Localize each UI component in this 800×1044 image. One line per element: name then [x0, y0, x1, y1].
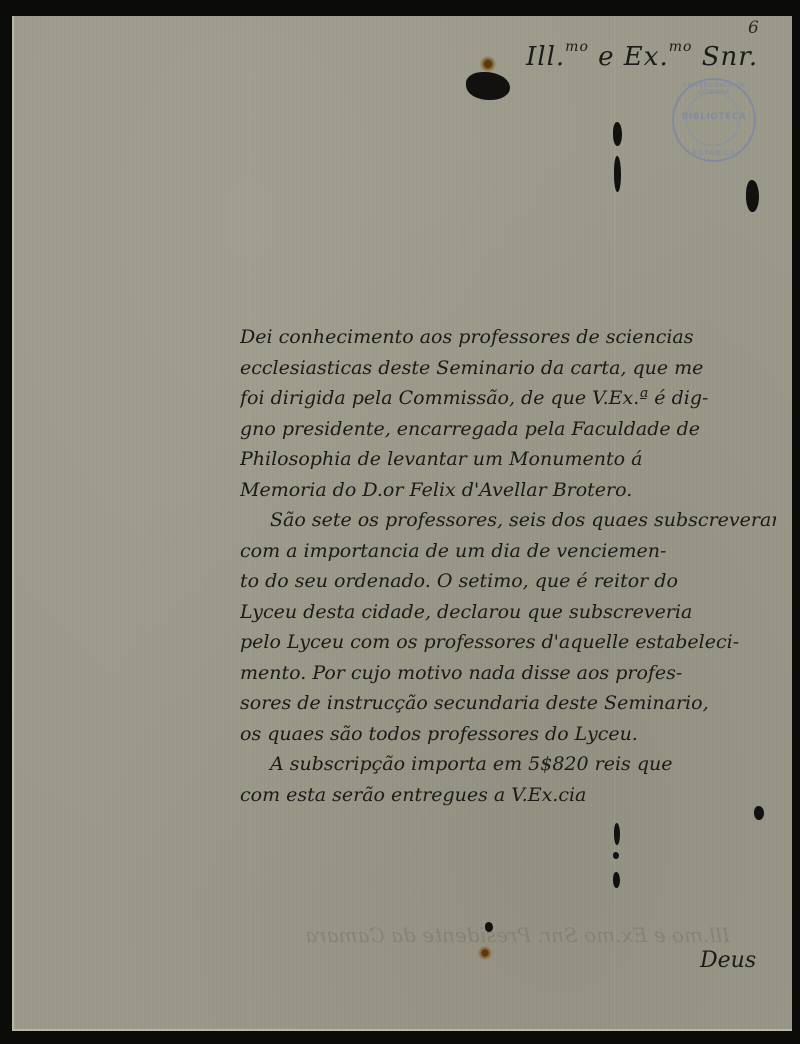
stamp-top-text: UNIVERSIDADE DE COIMBRA — [674, 82, 754, 96]
ink-blot — [613, 852, 619, 859]
body-line: to do seu ordenado. O setimo, que é reit… — [240, 566, 776, 597]
body-line: Dei conhecimento aos professores de scie… — [240, 322, 776, 353]
salutation-superscript: mo — [565, 39, 589, 55]
page-number: 6 — [748, 18, 759, 38]
salutation-end: Snr. — [692, 42, 758, 72]
body-line: ecclesiasticas deste Seminario da carta,… — [240, 353, 776, 384]
stamp-center-text: BIBLIOTECA — [674, 112, 754, 122]
letter-body: Dei conhecimento aos professores de scie… — [240, 322, 776, 810]
body-line: mento. Por cujo motivo nada disse aos pr… — [240, 658, 776, 689]
ink-blot — [613, 872, 620, 888]
stamp-bottom-text: BOTANICA — [674, 149, 754, 157]
body-line: os quaes são todos professores do Lyceu. — [240, 719, 776, 750]
body-line: São sete os professores, seis dos quaes … — [240, 505, 776, 536]
rust-stain — [480, 56, 496, 72]
body-line: sores de instrucção secundaria deste Sem… — [240, 688, 776, 719]
closing-word: Deus — [700, 948, 756, 973]
salutation-superscript: mo — [669, 39, 693, 55]
ink-blot — [746, 180, 759, 212]
bleed-through-text: Ill.mo e Ex.mo Snr. Presidente da Camara — [250, 920, 730, 950]
body-line: pelo Lyceu com os professores d'aquelle … — [240, 627, 776, 658]
body-line: A subscripção importa em 5$820 reis que — [240, 749, 776, 780]
body-line: foi dirigida pela Commissão, de que V.Ex… — [240, 383, 776, 414]
body-line: Philosophia de levantar um Monumento á — [240, 444, 776, 475]
salutation-middle: e Ex. — [589, 42, 669, 72]
body-line: Lyceu desta cidade, declarou que subscre… — [240, 597, 776, 628]
salutation: Ill.mo e Ex.mo Snr. — [526, 42, 758, 72]
library-stamp: UNIVERSIDADE DE COIMBRA BIBLIOTECA BOTAN… — [672, 78, 756, 162]
ink-blot — [613, 122, 622, 146]
ink-blot — [614, 823, 620, 845]
body-line: com a importancia de um dia de venciemen… — [240, 536, 776, 567]
body-line: com esta serão entregues a V.Ex.cia — [240, 780, 776, 811]
salutation-title: Ill. — [526, 42, 565, 72]
scan-background: 6 Ill.mo e Ex.mo Snr. UNIVERSIDADE DE CO… — [0, 0, 800, 1044]
body-line: gno presidente, encarregada pela Faculda… — [240, 414, 776, 445]
body-line: Memoria do D.or Felix d'Avellar Brotero. — [240, 475, 776, 506]
ink-blot — [614, 156, 621, 192]
